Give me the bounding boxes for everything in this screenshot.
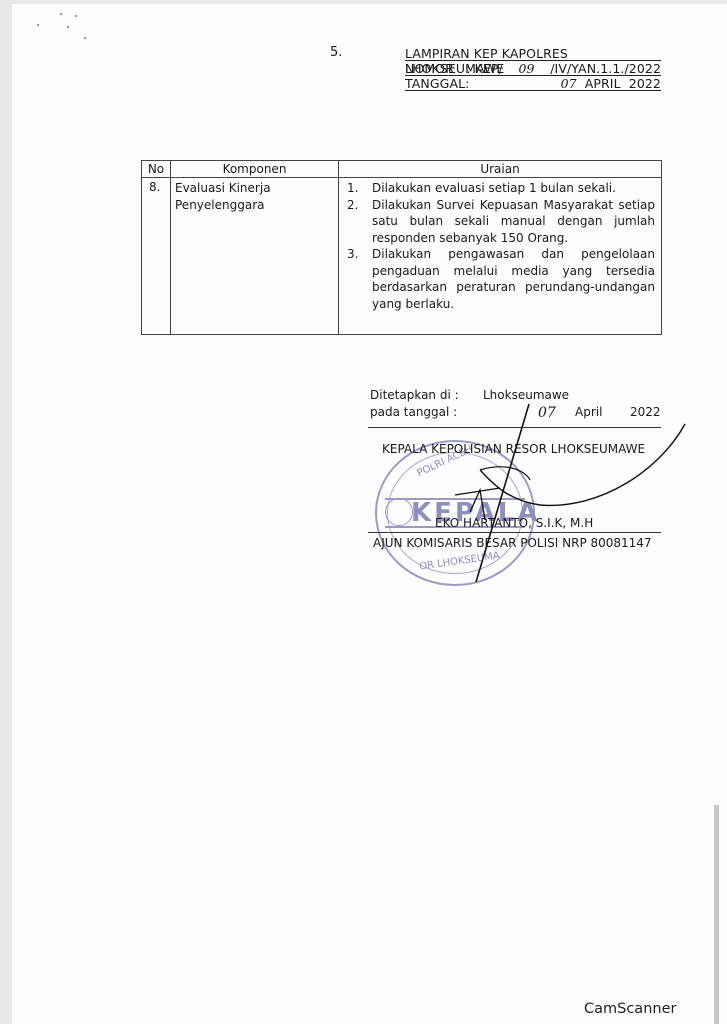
handwritten-signature xyxy=(0,0,727,1024)
camscanner-watermark: CamScanner xyxy=(584,1001,676,1017)
vertical-scrollbar[interactable] xyxy=(714,805,719,1024)
